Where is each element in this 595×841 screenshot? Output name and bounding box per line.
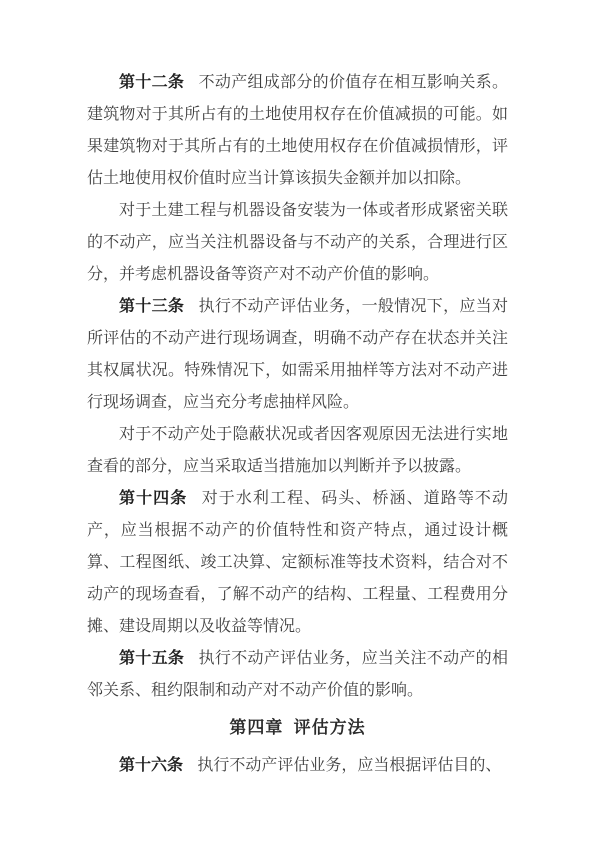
article-paragraph-16: 第十六条执行不动产评估业务，应当根据评估目的、 — [87, 750, 508, 782]
article-number-12: 第十二条 — [119, 74, 184, 91]
paragraph-machinery-text: 对于土建工程与机器设备安装为一体或者形成紧密关联的不动产，应当关注机器设备与不动… — [87, 202, 508, 283]
paragraph-machinery: 对于土建工程与机器设备安装为一体或者形成紧密关联的不动产，应当关注机器设备与不动… — [87, 195, 508, 291]
paragraph-hidden-condition: 对于不动产处于隐蔽状况或者因客观原因无法进行实地查看的部分，应当采取适当措施加以… — [87, 419, 508, 483]
chapter-heading: 第四章评估方法 — [87, 712, 508, 744]
article-paragraph-15: 第十五条执行不动产评估业务，应当关注不动产的相邻关系、租约限制和动产对不动产价值… — [87, 643, 508, 707]
paragraph-hidden-condition-text: 对于不动产处于隐蔽状况或者因客观原因无法进行实地查看的部分，应当采取适当措施加以… — [87, 426, 508, 475]
article-number-15: 第十五条 — [119, 650, 184, 667]
document-page: 第十二条不动产组成部分的价值存在相互影响关系。建筑物对于其所占有的土地使用权存在… — [0, 0, 595, 841]
article-paragraph-14: 第十四条对于水利工程、码头、桥涵、道路等不动产，应当根据不动产的价值特性和资产特… — [87, 483, 508, 643]
document-body: 第十二条不动产组成部分的价值存在相互影响关系。建筑物对于其所占有的土地使用权存在… — [87, 67, 508, 782]
article-number-13: 第十三条 — [119, 298, 184, 315]
article-number-14: 第十四条 — [119, 490, 187, 507]
chapter-number: 第四章 — [229, 718, 283, 737]
article-text-16: 执行不动产评估业务，应当根据评估目的、 — [197, 757, 501, 774]
article-paragraph-13: 第十三条执行不动产评估业务，一般情况下，应当对所评估的不动产进行现场调查，明确不… — [87, 291, 508, 419]
article-text-14: 对于水利工程、码头、桥涵、道路等不动产，应当根据不动产的价值特性和资产特点，通过… — [87, 490, 508, 635]
article-paragraph-12: 第十二条不动产组成部分的价值存在相互影响关系。建筑物对于其所占有的土地使用权存在… — [87, 67, 508, 195]
chapter-title: 评估方法 — [294, 718, 366, 737]
article-number-16: 第十六条 — [119, 757, 183, 774]
